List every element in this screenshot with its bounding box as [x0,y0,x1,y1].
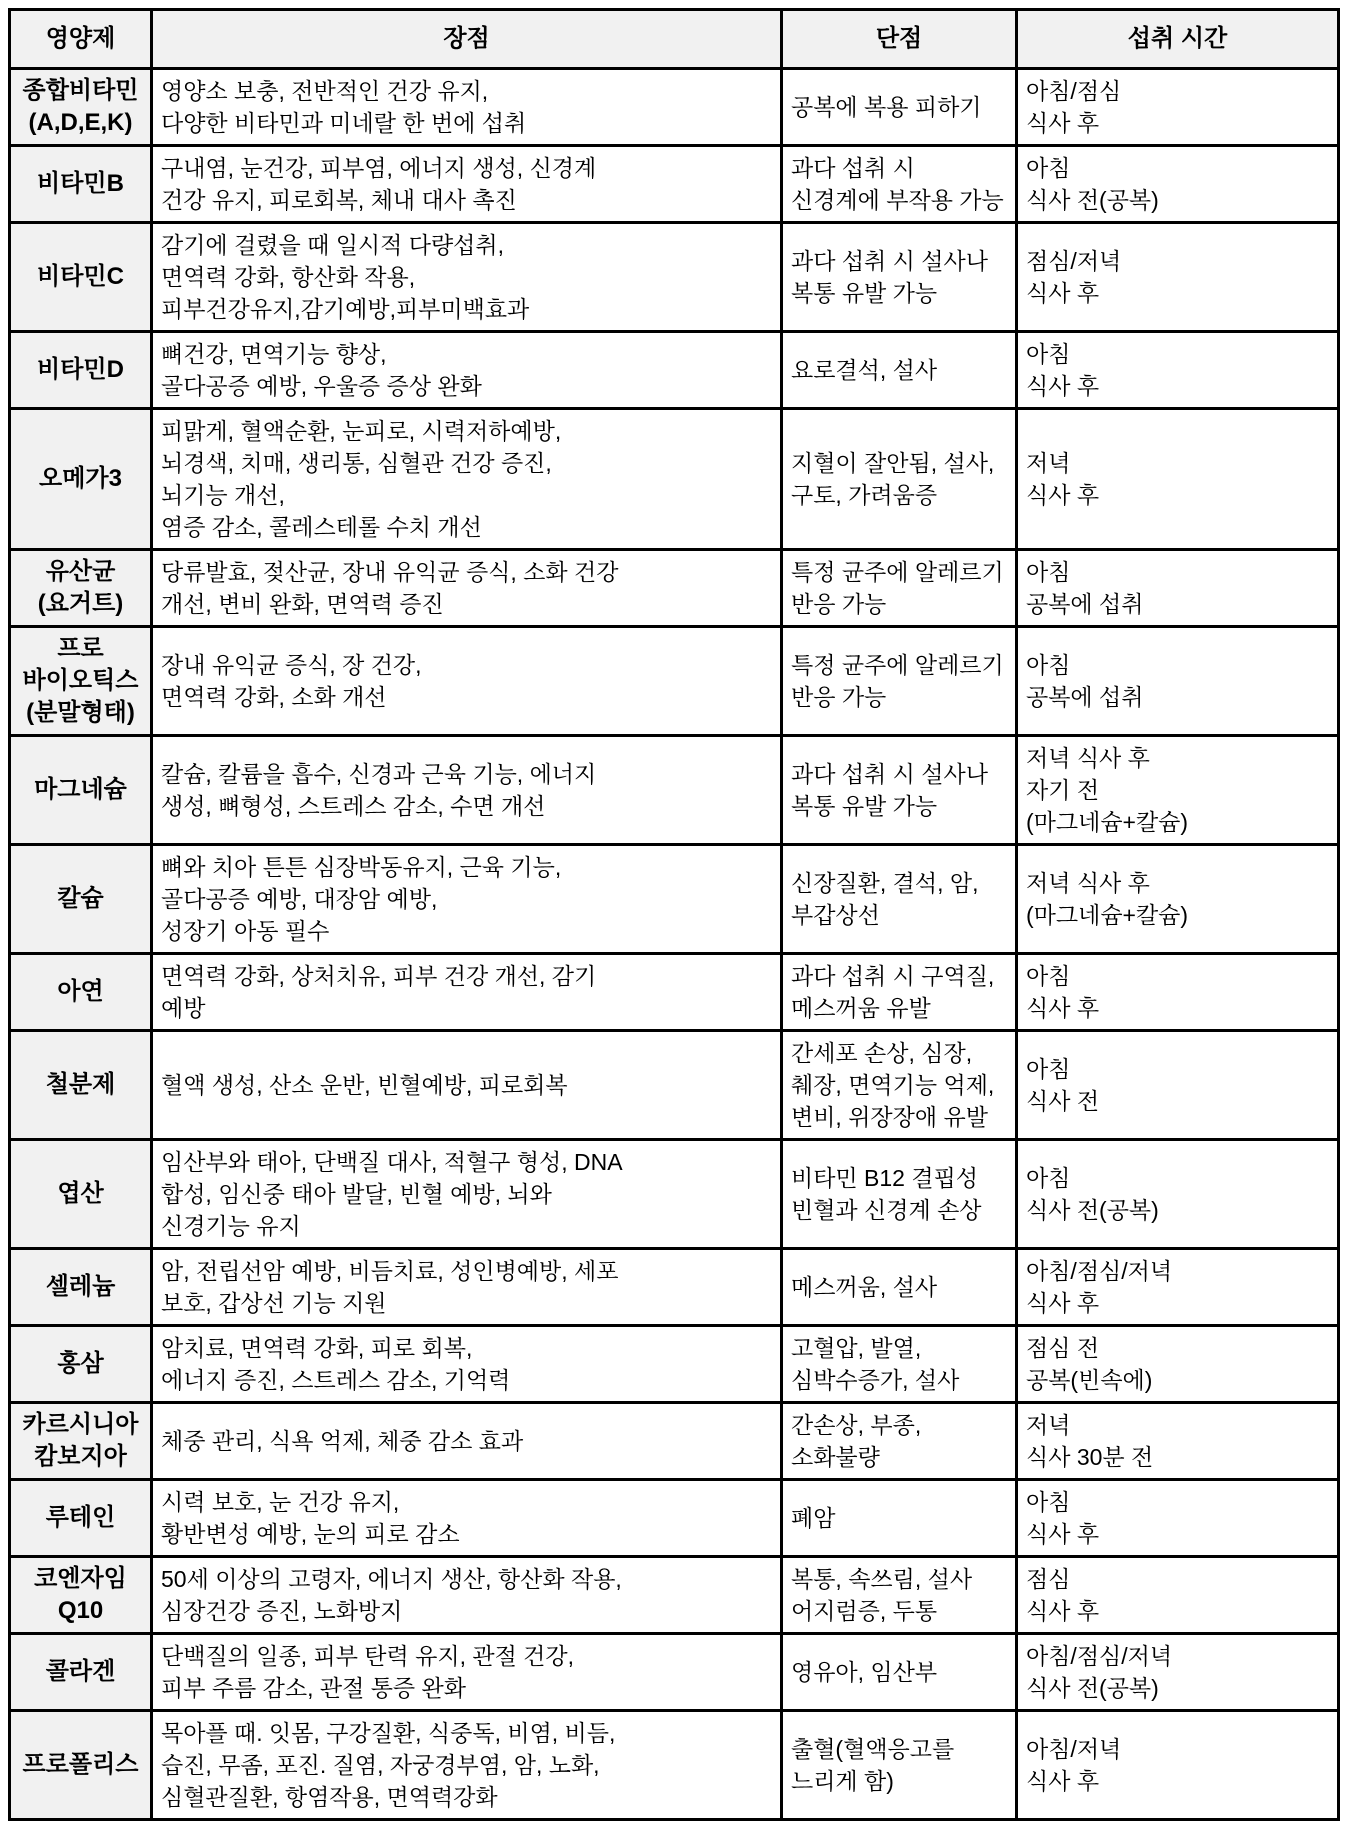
supplement-name-cell: 비타민C [10,223,152,332]
cons-cell: 요로결석, 설사 [782,332,1017,409]
cons-cell: 고혈압, 발열, 심박수증가, 설사 [782,1326,1017,1403]
supplement-name-cell: 홍삼 [10,1326,152,1403]
pros-cell: 칼슘, 칼륨을 흡수, 신경과 근육 기능, 에너지 생성, 뼈형성, 스트레스… [152,736,782,845]
pros-cell: 뼈와 치아 튼튼 심장박동유지, 근육 기능, 골다공증 예방, 대장암 예방,… [152,845,782,954]
pros-cell: 영양소 보충, 전반적인 건강 유지, 다양한 비타민과 미네랄 한 번에 섭취 [152,69,782,146]
pros-cell: 암치료, 면역력 강화, 피로 회복, 에너지 증진, 스트레스 감소, 기억력 [152,1326,782,1403]
pros-cell: 뼈건강, 면역기능 향상, 골다공증 예방, 우울증 증상 완화 [152,332,782,409]
supplement-name-cell: 셀레늄 [10,1249,152,1326]
intake-time-cell: 점심 전 공복(빈속에) [1017,1326,1339,1403]
intake-time-cell: 아침 식사 전 [1017,1031,1339,1140]
column-header-cons: 단점 [782,10,1017,69]
supplement-name-cell: 비타민B [10,146,152,223]
table-row: 유산균 (요거트)당류발효, 젖산균, 장내 유익균 증식, 소화 건강 개선,… [10,550,1339,627]
intake-time-cell: 아침/점심/저녁 식사 전(공복) [1017,1634,1339,1711]
intake-time-cell: 점심/저녁 식사 후 [1017,223,1339,332]
supplement-name-cell: 철분제 [10,1031,152,1140]
intake-time-cell: 저녁 식사 후 (마그네슘+칼슘) [1017,845,1339,954]
cons-cell: 메스꺼움, 설사 [782,1249,1017,1326]
supplement-name-cell: 종합비타민 (A,D,E,K) [10,69,152,146]
supplement-name-cell: 유산균 (요거트) [10,550,152,627]
cons-cell: 공복에 복용 피하기 [782,69,1017,146]
intake-time-cell: 아침/점심/저녁 식사 후 [1017,1249,1339,1326]
table-row: 카르시니아 캄보지아체중 관리, 식욕 억제, 체중 감소 효과간손상, 부종,… [10,1403,1339,1480]
table-row: 셀레늄암, 전립선암 예방, 비듬치료, 성인병예방, 세포 보호, 갑상선 기… [10,1249,1339,1326]
intake-time-cell: 점심 식사 후 [1017,1557,1339,1634]
cons-cell: 출혈(혈액응고를 느리게 함) [782,1711,1017,1820]
table-row: 마그네슘칼슘, 칼륨을 흡수, 신경과 근육 기능, 에너지 생성, 뼈형성, … [10,736,1339,845]
pros-cell: 당류발효, 젖산균, 장내 유익균 증식, 소화 건강 개선, 변비 완화, 면… [152,550,782,627]
table-row: 루테인시력 보호, 눈 건강 유지, 황반변성 예방, 눈의 피로 감소폐암아침… [10,1480,1339,1557]
table-row: 아연면역력 강화, 상처치유, 피부 건강 개선, 감기 예방과다 섭취 시 구… [10,954,1339,1031]
intake-time-cell: 아침 공복에 섭취 [1017,550,1339,627]
pros-cell: 단백질의 일종, 피부 탄력 유지, 관절 건강, 피부 주름 감소, 관절 통… [152,1634,782,1711]
table-row: 엽산임산부와 태아, 단백질 대사, 적혈구 형성, DNA 합성, 임신중 태… [10,1140,1339,1249]
pros-cell: 장내 유익균 증식, 장 건강, 면역력 강화, 소화 개선 [152,627,782,736]
supplement-name-cell: 마그네슘 [10,736,152,845]
table-row: 종합비타민 (A,D,E,K)영양소 보충, 전반적인 건강 유지, 다양한 비… [10,69,1339,146]
pros-cell: 목아플 때. 잇몸, 구강질환, 식중독, 비염, 비듬, 습진, 무좀, 포진… [152,1711,782,1820]
column-header-pros: 장점 [152,10,782,69]
intake-time-cell: 아침 식사 후 [1017,1480,1339,1557]
supplement-name-cell: 카르시니아 캄보지아 [10,1403,152,1480]
pros-cell: 50세 이상의 고령자, 에너지 생산, 항산화 작용, 심장건강 증진, 노화… [152,1557,782,1634]
table-row: 홍삼암치료, 면역력 강화, 피로 회복, 에너지 증진, 스트레스 감소, 기… [10,1326,1339,1403]
supplement-name-cell: 루테인 [10,1480,152,1557]
supplement-name-cell: 엽산 [10,1140,152,1249]
intake-time-cell: 저녁 식사 30분 전 [1017,1403,1339,1480]
intake-time-cell: 저녁 식사 후 [1017,409,1339,550]
pros-cell: 체중 관리, 식욕 억제, 체중 감소 효과 [152,1403,782,1480]
pros-cell: 피맑게, 혈액순환, 눈피로, 시력저하예방, 뇌경색, 치매, 생리통, 심혈… [152,409,782,550]
pros-cell: 암, 전립선암 예방, 비듬치료, 성인병예방, 세포 보호, 갑상선 기능 지… [152,1249,782,1326]
intake-time-cell: 아침/저녁 식사 후 [1017,1711,1339,1820]
supplements-table-body: 종합비타민 (A,D,E,K)영양소 보충, 전반적인 건강 유지, 다양한 비… [10,69,1339,1820]
pros-cell: 감기에 걸렸을 때 일시적 다량섭취, 면역력 강화, 항산화 작용, 피부건강… [152,223,782,332]
table-row: 비타민D뼈건강, 면역기능 향상, 골다공증 예방, 우울증 증상 완화요로결석… [10,332,1339,409]
cons-cell: 간세포 손상, 심장, 췌장, 면역기능 억제, 변비, 위장장애 유발 [782,1031,1017,1140]
intake-time-cell: 아침 식사 후 [1017,332,1339,409]
table-row: 비타민B구내염, 눈건강, 피부염, 에너지 생성, 신경계 건강 유지, 피로… [10,146,1339,223]
supplement-name-cell: 비타민D [10,332,152,409]
table-header: 영양제 장점 단점 섭취 시간 [10,10,1339,69]
intake-time-cell: 아침 식사 전(공복) [1017,1140,1339,1249]
cons-cell: 과다 섭취 시 설사나 복통 유발 가능 [782,736,1017,845]
cons-cell: 과다 섭취 시 구역질, 메스꺼움 유발 [782,954,1017,1031]
cons-cell: 복통, 속쓰림, 설사 어지럼증, 두통 [782,1557,1017,1634]
cons-cell: 간손상, 부종,소화불량 [782,1403,1017,1480]
supplement-name-cell: 오메가3 [10,409,152,550]
supplement-name-cell: 아연 [10,954,152,1031]
table-row: 칼슘뼈와 치아 튼튼 심장박동유지, 근육 기능, 골다공증 예방, 대장암 예… [10,845,1339,954]
cons-cell: 폐암 [782,1480,1017,1557]
pros-cell: 혈액 생성, 산소 운반, 빈혈예방, 피로회복 [152,1031,782,1140]
cons-cell: 영유아, 임산부 [782,1634,1017,1711]
supplement-name-cell: 프로폴리스 [10,1711,152,1820]
table-row: 비타민C감기에 걸렸을 때 일시적 다량섭취, 면역력 강화, 항산화 작용, … [10,223,1339,332]
table-row: 콜라겐단백질의 일종, 피부 탄력 유지, 관절 건강, 피부 주름 감소, 관… [10,1634,1339,1711]
intake-time-cell: 저녁 식사 후 자기 전 (마그네슘+칼슘) [1017,736,1339,845]
pros-cell: 면역력 강화, 상처치유, 피부 건강 개선, 감기 예방 [152,954,782,1031]
pros-cell: 임산부와 태아, 단백질 대사, 적혈구 형성, DNA 합성, 임신중 태아 … [152,1140,782,1249]
supplement-name-cell: 프로 바이오틱스 (분말형태) [10,627,152,736]
cons-cell: 지혈이 잘안됨, 설사, 구토, 가려움증 [782,409,1017,550]
table-row: 오메가3피맑게, 혈액순환, 눈피로, 시력저하예방, 뇌경색, 치매, 생리통… [10,409,1339,550]
table-row: 프로폴리스목아플 때. 잇몸, 구강질환, 식중독, 비염, 비듬, 습진, 무… [10,1711,1339,1820]
pros-cell: 시력 보호, 눈 건강 유지, 황반변성 예방, 눈의 피로 감소 [152,1480,782,1557]
intake-time-cell: 아침/점심 식사 후 [1017,69,1339,146]
column-header-supplement: 영양제 [10,10,152,69]
supplement-name-cell: 코엔자임 Q10 [10,1557,152,1634]
cons-cell: 특정 균주에 알레르기 반응 가능 [782,550,1017,627]
pros-cell: 구내염, 눈건강, 피부염, 에너지 생성, 신경계 건강 유지, 피로회복, … [152,146,782,223]
supplement-name-cell: 칼슘 [10,845,152,954]
table-row: 철분제혈액 생성, 산소 운반, 빈혈예방, 피로회복간세포 손상, 심장, 췌… [10,1031,1339,1140]
header-row: 영양제 장점 단점 섭취 시간 [10,10,1339,69]
table-row: 코엔자임 Q1050세 이상의 고령자, 에너지 생산, 항산화 작용, 심장건… [10,1557,1339,1634]
column-header-intake-time: 섭취 시간 [1017,10,1339,69]
supplements-table-page: 영양제 장점 단점 섭취 시간 종합비타민 (A,D,E,K)영양소 보충, 전… [0,0,1345,1844]
intake-time-cell: 아침 식사 전(공복) [1017,146,1339,223]
cons-cell: 과다 섭취 시 설사나 복통 유발 가능 [782,223,1017,332]
supplements-table: 영양제 장점 단점 섭취 시간 종합비타민 (A,D,E,K)영양소 보충, 전… [8,8,1340,1821]
intake-time-cell: 아침 식사 후 [1017,954,1339,1031]
cons-cell: 과다 섭취 시 신경계에 부작용 가능 [782,146,1017,223]
supplement-name-cell: 콜라겐 [10,1634,152,1711]
table-row: 프로 바이오틱스 (분말형태)장내 유익균 증식, 장 건강, 면역력 강화, … [10,627,1339,736]
cons-cell: 특정 균주에 알레르기 반응 가능 [782,627,1017,736]
intake-time-cell: 아침 공복에 섭취 [1017,627,1339,736]
cons-cell: 신장질환, 결석, 암, 부갑상선 [782,845,1017,954]
cons-cell: 비타민 B12 결핍성 빈혈과 신경계 손상 [782,1140,1017,1249]
